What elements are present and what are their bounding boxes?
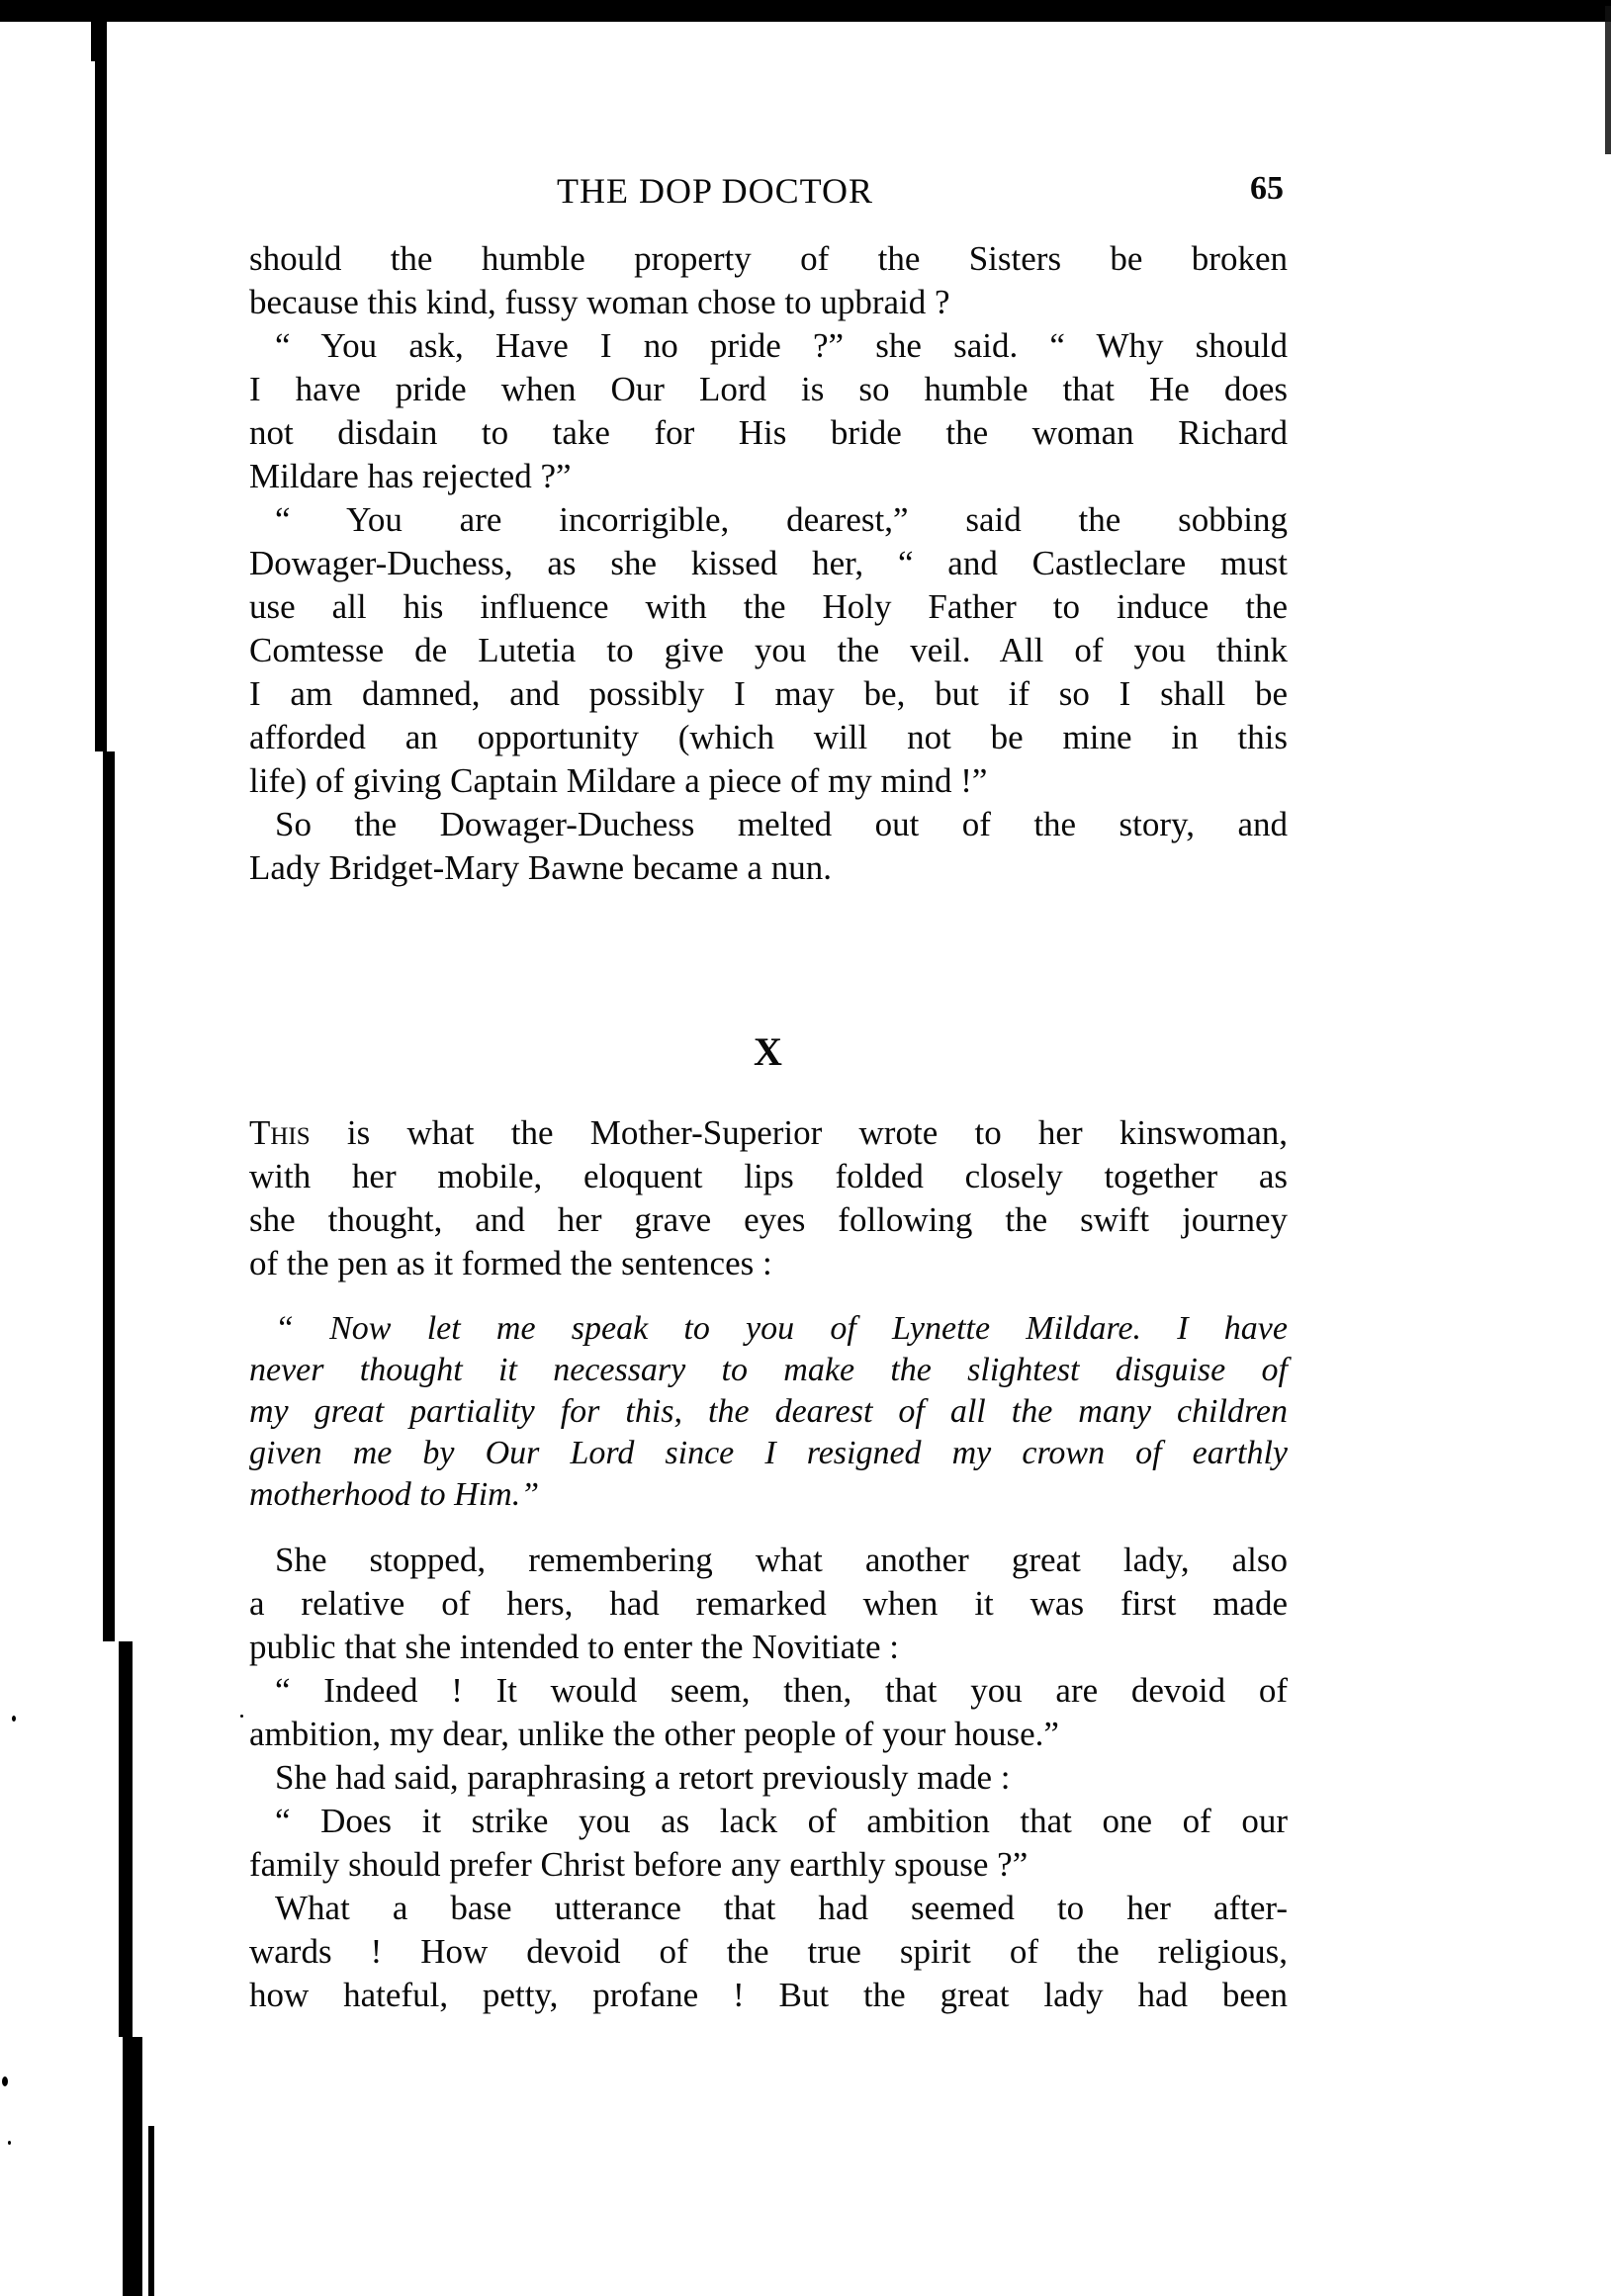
text-line: public that she intended to enter the No… bbox=[249, 1626, 1288, 1669]
text-line: life) of giving Captain Mildare a piece … bbox=[249, 759, 1288, 803]
text-line: my great partiality for this, the deares… bbox=[249, 1390, 1288, 1434]
chapter-opening-rest: is what the Mother-Superior wrote to her… bbox=[311, 1113, 1288, 1152]
text-line: “ Indeed ! It would seem, then, that you… bbox=[249, 1669, 1288, 1713]
text-line: Lady Bridget-Mary Bawne became a nun. bbox=[249, 846, 1288, 890]
page-number: 65 bbox=[1250, 170, 1284, 208]
chapter-number: X bbox=[754, 1028, 782, 1075]
text-line: with her mobile, eloquent lips folded cl… bbox=[249, 1155, 1288, 1198]
text-line: should the humble property of the Sister… bbox=[249, 237, 1288, 281]
book-page: THE DOP DOCTOR 65 should the humble prop… bbox=[0, 0, 1611, 2296]
text-line: So the Dowager-Duchess melted out of the… bbox=[249, 803, 1288, 846]
chapter-opening-word: This bbox=[249, 1113, 311, 1152]
text-line: afforded an opportunity (which will not … bbox=[249, 716, 1288, 759]
text-line: never thought it necessary to make the s… bbox=[249, 1349, 1288, 1392]
text-line: This is what the Mother-Superior wrote t… bbox=[249, 1111, 1288, 1155]
text-line: wards ! How devoid of the true spirit of… bbox=[249, 1930, 1288, 1974]
text-line: “ Now let me speak to you of Lynette Mil… bbox=[249, 1307, 1288, 1351]
running-head: THE DOP DOCTOR bbox=[557, 170, 873, 212]
text-line: because this kind, fussy woman chose to … bbox=[249, 281, 1288, 324]
text-line: She had said, paraphrasing a retort prev… bbox=[249, 1756, 1288, 1800]
text-line: family should prefer Christ before any e… bbox=[249, 1843, 1288, 1887]
text-line: how hateful, petty, profane ! But the gr… bbox=[249, 1974, 1288, 2017]
text-line: “ You ask, Have I no pride ?” she said. … bbox=[249, 324, 1288, 368]
text-line: Comtesse de Lutetia to give you the veil… bbox=[249, 629, 1288, 672]
text-line: “ Does it strike you as lack of ambition… bbox=[249, 1800, 1288, 1843]
text-line: Dowager-Duchess, as she kissed her, “ an… bbox=[249, 542, 1288, 585]
text-line: not disdain to take for His bride the wo… bbox=[249, 411, 1288, 455]
text-line: motherhood to Him.” bbox=[249, 1473, 1288, 1517]
text-line: What a base utterance that had seemed to… bbox=[249, 1887, 1288, 1930]
text-line: use all his influence with the Holy Fath… bbox=[249, 585, 1288, 629]
text-line: a relative of hers, had remarked when it… bbox=[249, 1582, 1288, 1626]
text-line: given me by Our Lord since I resigned my… bbox=[249, 1432, 1288, 1475]
text-line: Mildare has rejected ?” bbox=[249, 455, 1288, 498]
text-line: I am damned, and possibly I may be, but … bbox=[249, 672, 1288, 716]
text-line: of the pen as it formed the sentences : bbox=[249, 1242, 1288, 1285]
text-line: she thought, and her grave eyes followin… bbox=[249, 1198, 1288, 1242]
text-line: “ You are incorrigible, dearest,” said t… bbox=[249, 498, 1288, 542]
text-line: She stopped, remembering what another gr… bbox=[249, 1539, 1288, 1582]
text-line: I have pride when Our Lord is so humble … bbox=[249, 368, 1288, 411]
text-line: ambition, my dear, unlike the other peop… bbox=[249, 1713, 1288, 1756]
